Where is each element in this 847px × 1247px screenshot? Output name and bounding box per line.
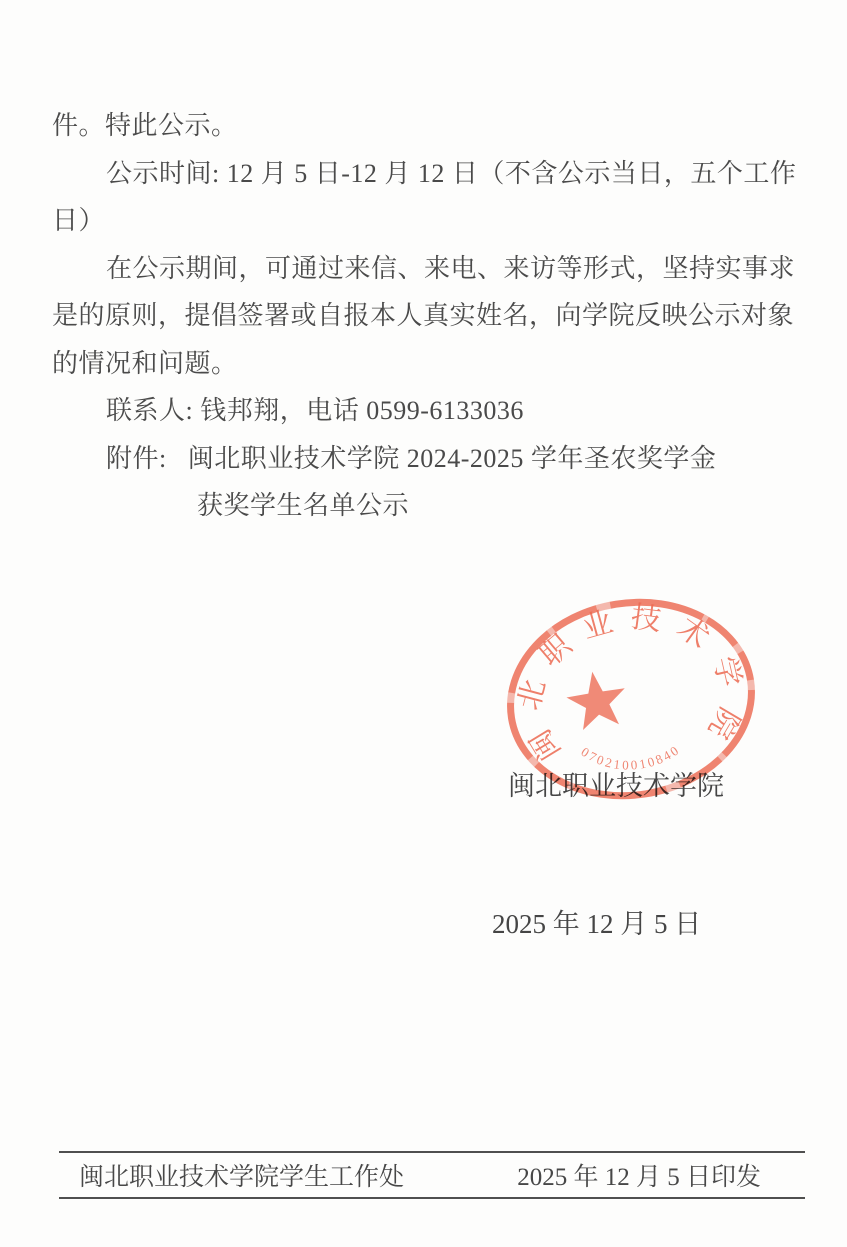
footer-issuer: 闽北职业技术学院学生工作处 <box>79 1157 404 1193</box>
body-line: 附件: 闽北职业技术学院 2024-2025 学年圣农奖学金 <box>52 435 802 483</box>
svg-text:070210010840: 070210010840 <box>577 729 685 781</box>
body-line: 在公示期间，可通过来信、来电、来访等形式，坚持实事求 <box>52 245 802 293</box>
footer-rule-bottom <box>59 1197 805 1199</box>
body-line: 是的原则，提倡签署或自报本人真实姓名，向学院反映公示对象 <box>52 292 802 340</box>
document-page: 件。特此公示。 公示时间: 12 月 5 日-12 月 12 日（不含公示当日，… <box>0 0 847 1247</box>
footer: 闽北职业技术学院学生工作处 2025 年 12 月 5 日印发 <box>59 1151 805 1153</box>
notice-body: 件。特此公示。 公示时间: 12 月 5 日-12 月 12 日（不含公示当日，… <box>52 102 802 530</box>
body-line: 获奖学生名单公示 <box>52 482 802 530</box>
body-line: 公示时间: 12 月 5 日-12 月 12 日（不含公示当日，五个工作 <box>52 150 802 198</box>
official-seal: 闽北职业技术学院 070210010840 <box>483 572 780 827</box>
signature-date: 2025 年 12 月 5 日 <box>492 901 724 947</box>
body-line: 件。特此公示。 <box>52 102 802 150</box>
body-line: 联系人: 钱邦翔，电话 0599-6133036 <box>52 387 802 435</box>
body-line: 的情况和问题。 <box>52 340 802 388</box>
star-icon <box>563 667 630 732</box>
footer-print-date: 2025 年 12 月 5 日印发 <box>517 1157 761 1193</box>
seal-serial-number: 070210010840 <box>577 729 685 781</box>
body-line: 日） <box>52 197 802 245</box>
